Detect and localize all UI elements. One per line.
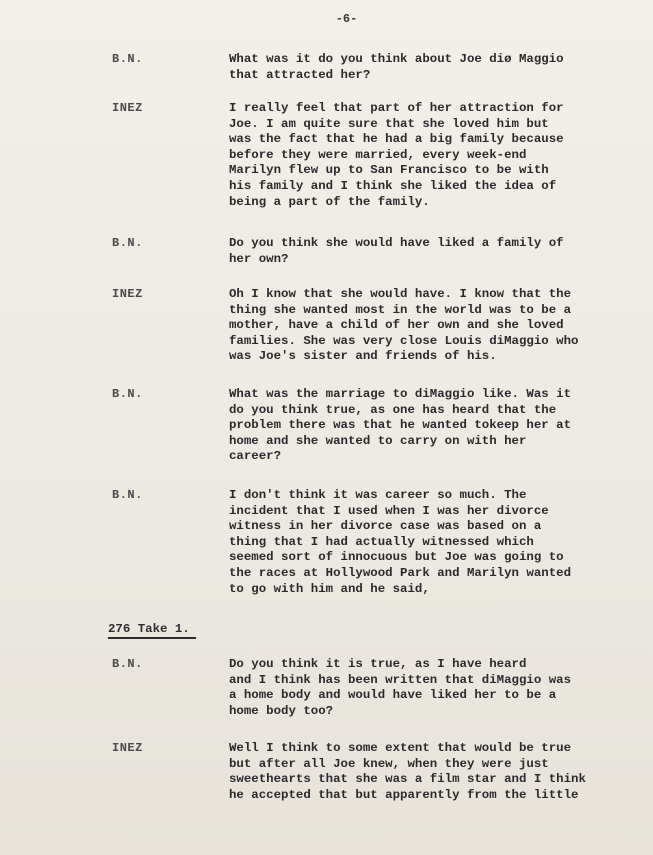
speech-text: Oh I know that she would have. I know th… [229, 287, 629, 365]
speaker-label: B.N. [112, 52, 143, 66]
page-number: -6- [0, 12, 653, 26]
take-label: 276 Take 1. [108, 622, 196, 639]
speech-text: What was it do you think about Joe diø M… [229, 52, 629, 83]
speech-text: Well I think to some extent that would b… [229, 741, 629, 803]
speech-text: Do you think she would have liked a fami… [229, 236, 629, 267]
speaker-label: INEZ [112, 287, 143, 301]
speaker-label: B.N. [112, 387, 143, 401]
speech-text: What was the marriage to diMaggio like. … [229, 387, 629, 465]
speech-text: I really feel that part of her attractio… [229, 101, 629, 210]
speaker-label: B.N. [112, 488, 143, 502]
speaker-label: B.N. [112, 236, 143, 250]
speech-text: Do you think it is true, as I have heard… [229, 657, 629, 719]
speaker-label: INEZ [112, 101, 143, 115]
speech-text: I don't think it was career so much. The… [229, 488, 629, 597]
speaker-label: INEZ [112, 741, 143, 755]
speaker-label: B.N. [112, 657, 143, 671]
